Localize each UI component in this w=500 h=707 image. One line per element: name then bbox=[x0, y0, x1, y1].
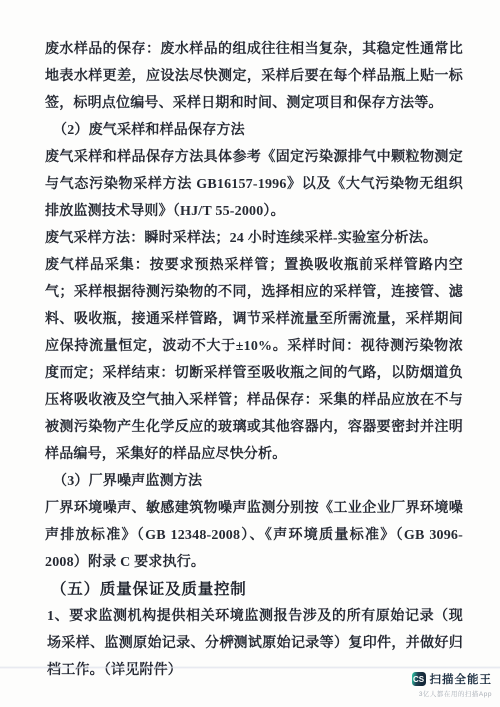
paragraph-waste-gas-method: 废气采样方法：瞬时采样法；24 小时连续采样-实验室分析法。 bbox=[45, 225, 463, 252]
paragraph-waste-gas-reference: 废气采样和样品保存方法具体参考《固定污染源排气中颗粒物测定与气态污染物采样方法 … bbox=[45, 144, 463, 225]
document-page: 废水样品的保存：废水样品的组成往往相当复杂，其稳定性通常比地表水样更差，应设法尽… bbox=[0, 0, 500, 707]
paragraph-wastewater-storage: 废水样品的保存：废水样品的组成往往相当复杂，其稳定性通常比地表水样更差，应设法尽… bbox=[45, 36, 463, 117]
camscanner-subtitle: 3亿人都在用的扫描App bbox=[419, 689, 492, 698]
document-body: 废水样品的保存：废水样品的组成往往相当复杂，其稳定性通常比地表水样更差，应设法尽… bbox=[45, 36, 463, 684]
camscanner-brand-text: 扫描全能王 bbox=[430, 671, 493, 687]
subheading-waste-gas-sampling: （2）废气采样和样品保存方法 bbox=[45, 117, 463, 144]
scan-page-edge-shadow bbox=[0, 666, 500, 669]
camscanner-cs-icon: CS bbox=[412, 672, 426, 686]
page-number: 第 23 页 bbox=[0, 633, 500, 646]
camscanner-logo-row: CS 扫描全能王 bbox=[412, 671, 493, 687]
subheading-boundary-noise: （3）厂界噪声监测方法 bbox=[45, 468, 463, 495]
paragraph-noise-standards: 厂界环境噪声、敏感建筑物噪声监测分别按《工业企业厂界环境噪声排放标准》（GB 1… bbox=[45, 495, 463, 576]
camscanner-watermark: CS 扫描全能王 3亿人都在用的扫描App bbox=[396, 671, 492, 698]
paragraph-waste-gas-collection: 废气样品采集：按要求预热采样管；置换吸收瓶前采样管路内空气；采样根据待测污染物的… bbox=[45, 252, 463, 468]
section-heading-quality-assurance: （五）质量保证及质量控制 bbox=[45, 576, 463, 603]
